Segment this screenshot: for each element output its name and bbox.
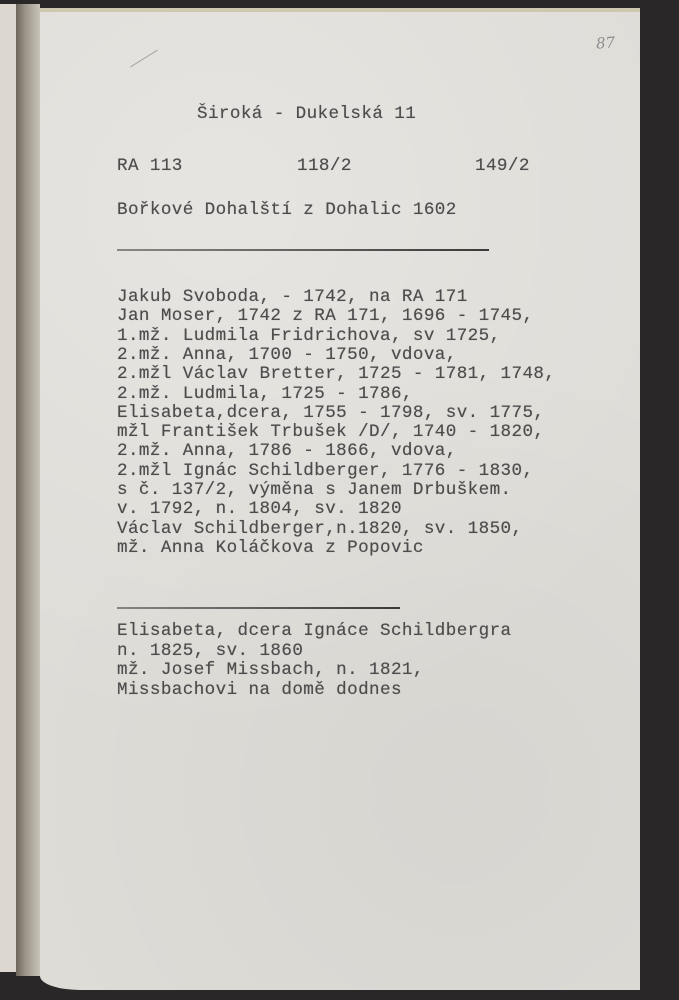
- folio-number: 87: [595, 33, 615, 52]
- typed-line: 2.mž. Ludmila, 1725 - 1786,: [117, 384, 413, 404]
- typed-line: Jakub Svoboda, - 1742, na RA 171: [117, 287, 468, 307]
- reference-ra: RA 113: [117, 156, 183, 176]
- typed-line: 2.mž. Anna, 1700 - 1750, vdova,: [117, 345, 457, 365]
- document-title: Široká - Dukelská 11: [197, 104, 416, 124]
- divider-rule: [117, 249, 489, 251]
- typed-line: 2.mžl Václav Bretter, 1725 - 1781, 1748,: [117, 364, 555, 384]
- divider-rule: [117, 607, 400, 609]
- typed-line: mž. Josef Missbach, n. 1821,: [117, 660, 424, 680]
- page-top-edge: [40, 8, 640, 12]
- typed-line: 2.mž. Anna, 1786 - 1866, vdova,: [117, 441, 457, 461]
- facing-page-edge: [0, 4, 16, 972]
- typed-line: Jan Moser, 1742 z RA 171, 1696 - 1745,: [117, 306, 533, 326]
- reference-2: 118/2: [297, 156, 352, 176]
- typed-line: mžl František Trbušek /D/, 1740 - 1820,: [117, 422, 544, 442]
- typed-line: Elisabeta,dcera, 1755 - 1798, sv. 1775,: [117, 403, 544, 423]
- book-gutter: [16, 4, 40, 976]
- document-subtitle: Bořkové Dohalští z Dohalic 1602: [117, 200, 457, 220]
- typed-line: n. 1825, sv. 1860: [117, 641, 303, 661]
- typed-line: 2.mžl Ignác Schildberger, 1776 - 1830,: [117, 461, 533, 481]
- reference-3: 149/2: [475, 156, 530, 176]
- typed-line: 1.mž. Ludmila Fridrichova, sv 1725,: [117, 326, 501, 346]
- typed-line: Václav Schildberger,n.1820, sv. 1850,: [117, 519, 522, 539]
- typed-line: mž. Anna Koláčkova z Popovic: [117, 538, 424, 558]
- typed-line: Missbachovi na domě dodnes: [117, 680, 402, 700]
- typed-line: Elisabeta, dcera Ignáce Schildbergra: [117, 621, 512, 641]
- typed-line: v. 1792, n. 1804, sv. 1820: [117, 499, 402, 519]
- typed-line: s č. 137/2, výměna s Janem Drbuškem.: [117, 480, 512, 500]
